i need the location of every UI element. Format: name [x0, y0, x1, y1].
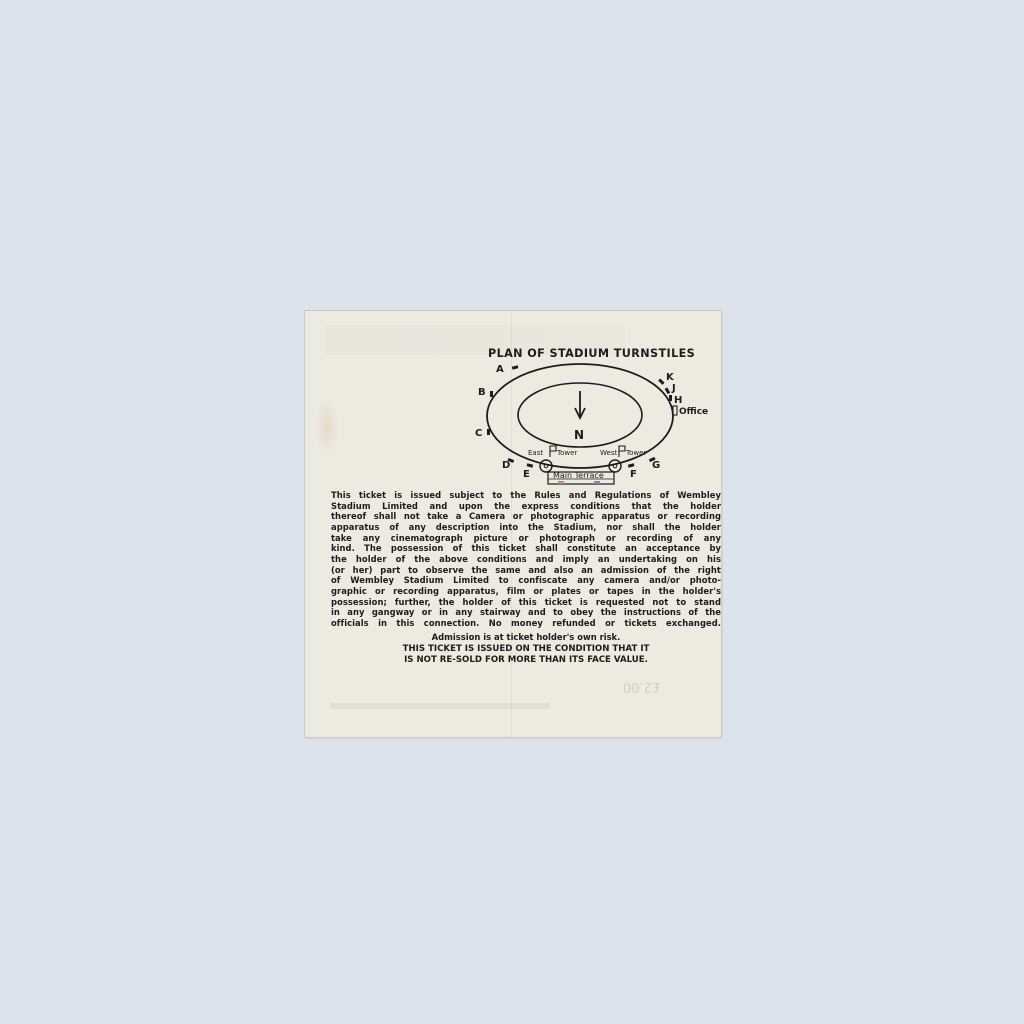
east-tower-label: Tower — [556, 449, 577, 457]
office-label: Office — [679, 407, 708, 417]
conditions-line: graphic or recording apparatus, film or … — [331, 586, 721, 597]
resale-notice-line-1: THIS TICKET IS ISSUED ON THE CONDITION T… — [331, 644, 721, 655]
turnstile-k-label: K — [666, 372, 675, 383]
turnstile-j-label: J — [671, 383, 676, 394]
west-label: West — [600, 449, 617, 457]
conditions-line: kind. The possession of this ticket shal… — [331, 543, 721, 554]
turnstile-b-label: B — [478, 387, 486, 398]
stadium-map: A B C D E F G H J K N Office East Tower … — [470, 361, 720, 491]
turnstile-c-label: C — [475, 428, 482, 439]
turnstile-a-label: A — [496, 364, 504, 375]
risk-statement: Admission is at ticket holder's own risk… — [331, 632, 721, 642]
conditions-line: apparatus of any description into the St… — [331, 522, 721, 533]
conditions-line: possession; further, the holder of this … — [331, 597, 721, 608]
turnstile-f-label: F — [630, 469, 637, 480]
north-label: N — [574, 428, 584, 442]
conditions-line: (or her) part to observe the same and al… — [331, 565, 721, 576]
east-label: East — [528, 449, 543, 457]
turnstile-e-label: E — [523, 469, 530, 480]
conditions-line: the holder of the above conditions and i… — [331, 554, 721, 565]
conditions-line: of Wembley Stadium Limited to confiscate… — [331, 575, 721, 586]
main-terrace-label: Main Terrace — [553, 471, 604, 480]
faded-print-line — [330, 703, 550, 709]
conditions-line: take any cinematograph picture or photog… — [331, 533, 721, 544]
conditions-line: thereof shall not take a Camera or photo… — [331, 511, 721, 522]
turnstile-h-label: H — [674, 395, 682, 406]
ticket: PLAN OF STADIUM TURNSTILES — [305, 311, 721, 737]
resale-notice: THIS TICKET IS ISSUED ON THE CONDITION T… — [331, 644, 721, 666]
turnstile-g-label: G — [652, 460, 660, 471]
conditions-line: This ticket is issued subject to the Rul… — [331, 490, 721, 501]
turnstile-d-label: D — [502, 460, 510, 471]
conditions-of-entry: This ticket is issued subject to the Rul… — [331, 490, 721, 629]
resale-notice-line-2: IS NOT RE-SOLD FOR MORE THAN ITS FACE VA… — [331, 655, 721, 666]
conditions-line: Stadium Limited and upon the express con… — [331, 501, 721, 512]
faded-price-print-through: £2.00 — [623, 679, 660, 694]
plan-title: PLAN OF STADIUM TURNSTILES — [488, 347, 695, 360]
conditions-line: officials in this connection. No money r… — [331, 618, 721, 629]
conditions-line: in any gangway or in any stairway and to… — [331, 607, 721, 618]
west-tower-label: Tower — [625, 449, 646, 457]
paper-stain — [315, 396, 339, 456]
